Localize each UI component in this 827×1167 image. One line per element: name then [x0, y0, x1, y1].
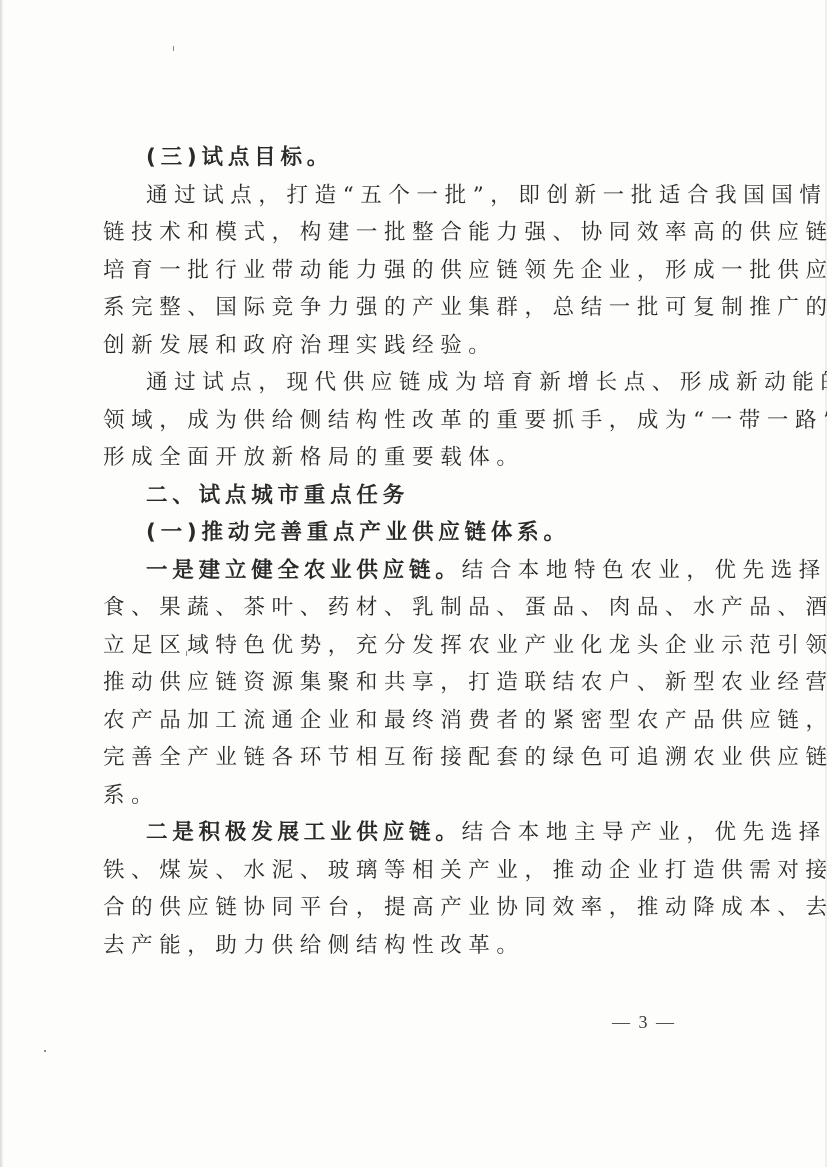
paragraph-line: 系完整、国际竞争力强的产业集群，总结一批可复制推广的供应链: [103, 289, 703, 327]
paragraph-line: 农产品加工流通企业和最终消费者的紧密型农产品供应链，构建: [103, 702, 703, 740]
section-heading-key-tasks: 二、试点城市重点任务: [103, 477, 703, 515]
paragraph-line: 一是建立健全农业供应链。结合本地特色农业，优先选择粮: [103, 552, 703, 590]
paragraph-line: 二是积极发展工业供应链。结合本地主导产业，优先选择钢: [103, 814, 703, 852]
paragraph-line: 领域，成为供给侧结构性改革的重要抓手，成为“一带一路”建设和: [103, 402, 703, 440]
scan-speck: [44, 1050, 46, 1052]
paragraph-line: 完善全产业链各环节相互衔接配套的绿色可追溯农业供应链体: [103, 739, 703, 777]
paragraph-line: 铁、煤炭、水泥、玻璃等相关产业，推动企业打造供需对接、资源整: [103, 852, 703, 890]
paragraph-line: 去产能，助力供给侧结构性改革。: [103, 927, 703, 965]
paragraph-line: 推动供应链资源集聚和共享，打造联结农户、新型农业经营主体、: [103, 664, 703, 702]
lead-phrase-bold: 二是积极发展工业供应链。: [146, 820, 462, 845]
paragraph-line: 创新发展和政府治理实践经验。: [103, 327, 703, 365]
paragraph-line: 合的供应链协同平台，提高产业协同效率，推动降成本、去库存和: [103, 889, 703, 927]
paragraph-five-batches: 通过试点，打造“五个一批”，即创新一批适合我国国情的供应 链技术和模式，构建一批…: [103, 177, 703, 365]
lead-phrase-rest: 结合本地特色农业，优先选择粮: [462, 558, 827, 583]
paragraph-modern-supply-chain: 通过试点，现代供应链成为培育新增长点、形成新动能的重要 领域，成为供给侧结构性改…: [103, 364, 703, 477]
scan-speck: [173, 46, 174, 51]
paragraph-line: 链技术和模式，构建一批整合能力强、协同效率高的供应链平台，: [103, 214, 703, 252]
paragraph-line: 系。: [103, 777, 703, 815]
subsection-heading-industry-supply-chain: (一)推动完善重点产业供应链体系。: [103, 514, 703, 552]
document-page: (三)试点目标。 通过试点，打造“五个一批”，即创新一批适合我国国情的供应 链技…: [103, 139, 703, 964]
paragraph-line: 通过试点，打造“五个一批”，即创新一批适合我国国情的供应: [103, 177, 703, 215]
paragraph-line: 立足区域特色优势，充分发挥农业产业化龙头企业示范引领作用，: [103, 627, 703, 665]
lead-phrase-rest: 结合本地主导产业，优先选择钢: [462, 820, 827, 845]
paragraph-line: 通过试点，现代供应链成为培育新增长点、形成新动能的重要: [103, 364, 703, 402]
paragraph-line: 培育一批行业带动能力强的供应链领先企业，形成一批供应链体: [103, 252, 703, 290]
paragraph-industrial-supply-chain: 二是积极发展工业供应链。结合本地主导产业，优先选择钢 铁、煤炭、水泥、玻璃等相关…: [103, 814, 703, 964]
paragraph-line: 形成全面开放新格局的重要载体。: [103, 439, 703, 477]
paragraph-line: 食、果蔬、茶叶、药材、乳制品、蛋品、肉品、水产品、酒等重要产品，: [103, 589, 703, 627]
lead-phrase-bold: 一是建立健全农业供应链。: [146, 558, 462, 583]
scan-edge-left: [0, 0, 3, 1167]
page-number: — 3 —: [612, 1012, 676, 1033]
section-heading-pilot-goals: (三)试点目标。: [103, 139, 703, 177]
paragraph-agriculture-supply-chain: 一是建立健全农业供应链。结合本地特色农业，优先选择粮 食、果蔬、茶叶、药材、乳制…: [103, 552, 703, 815]
